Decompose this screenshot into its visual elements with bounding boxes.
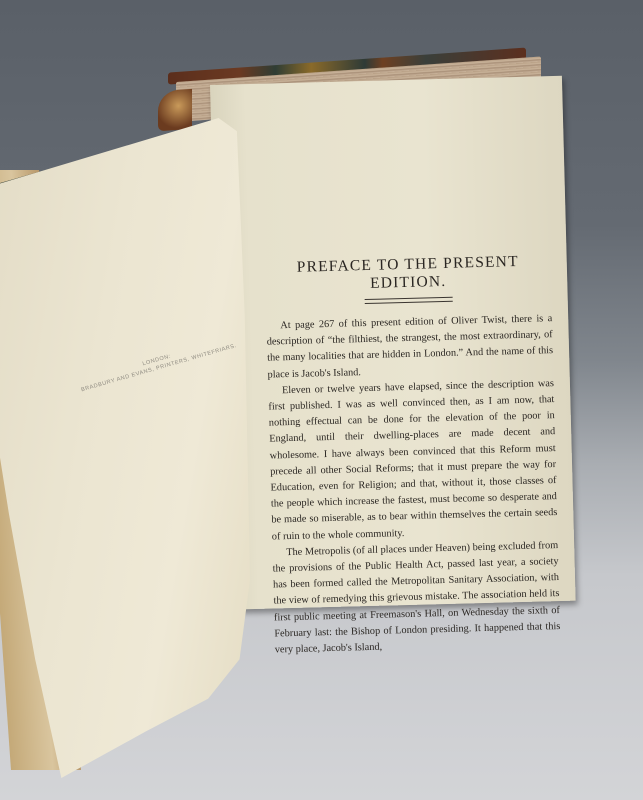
preface-text-block: PREFACE TO THE PRESENT EDITION. At page … xyxy=(265,252,561,659)
right-page: PREFACE TO THE PRESENT EDITION. At page … xyxy=(210,76,576,610)
paragraph-2: Eleven or twelve years have elapsed, sin… xyxy=(268,376,558,545)
paragraph-1: At page 267 of this present edition of O… xyxy=(266,311,554,383)
paragraph-3: The Metropolis (of all places under Heav… xyxy=(272,538,561,659)
preface-title: PREFACE TO THE PRESENT EDITION. xyxy=(265,252,552,295)
spine-headcap xyxy=(158,89,192,131)
title-double-rule xyxy=(365,297,453,304)
book-photo: PREFACE TO THE PRESENT EDITION. At page … xyxy=(0,0,643,800)
